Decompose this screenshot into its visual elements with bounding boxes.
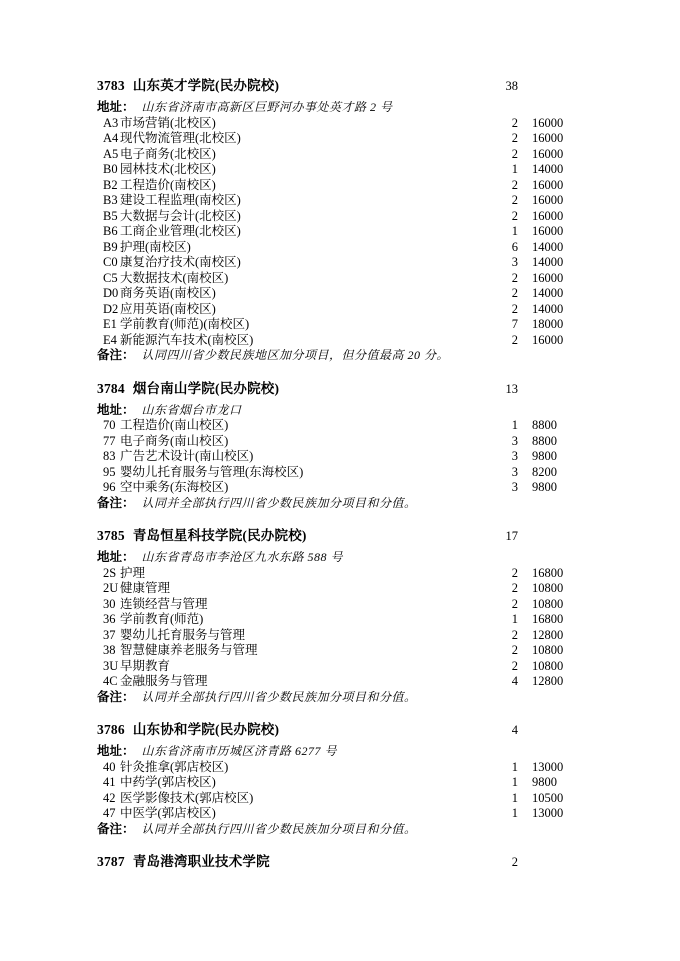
major-name: 市场营销(北校区): [120, 116, 216, 130]
major-title: 96空中乘务(东海校区): [97, 480, 500, 496]
major-quota: 3: [500, 434, 518, 450]
major-row: C5大数据技术(南校区) 2 16000: [97, 271, 578, 287]
major-quota: 2: [500, 147, 518, 163]
majors: 70工程造价(南山校区) 1 8800 77电子商务(南山校区) 3 8800 …: [97, 418, 578, 496]
major-code: A5: [103, 147, 120, 163]
major-row: 38智慧健康养老服务与管理 2 10800: [97, 643, 578, 659]
address-text: 山东省济南市历城区济青路 6277 号: [142, 744, 338, 760]
major-quota: 2: [500, 302, 518, 318]
major-quota: 2: [500, 333, 518, 349]
address-row: 地址： 山东省济南市历城区济青路 6277 号: [97, 744, 578, 760]
major-code: B9: [103, 240, 120, 256]
major-name: 新能源汽车技术(南校区): [120, 333, 253, 347]
major-fee: 9800: [532, 449, 557, 465]
major-code: E4: [103, 333, 120, 349]
major-code: 2S: [103, 566, 120, 582]
document-body: 3783山东英才学院(民办院校) 38 地址： 山东省济南市高新区巨野河办事处英…: [97, 77, 578, 886]
major-name: 康复治疗技术(南校区): [120, 255, 241, 269]
major-quota: 6: [500, 240, 518, 256]
major-fee: 10800: [532, 643, 563, 659]
major-name: 应用英语(南校区): [120, 302, 216, 316]
major-quota: 2: [500, 581, 518, 597]
major-title: 41中药学(郭店校区): [97, 775, 500, 791]
major-fee: 14000: [532, 286, 563, 302]
school-total-count: 2: [500, 854, 518, 871]
address-row: 地址： 山东省烟台市龙口: [97, 403, 578, 419]
major-fee: 16000: [532, 147, 563, 163]
major-quota: 2: [500, 271, 518, 287]
majors: 2S护理 2 16800 2U健康管理 2 10800 30连锁经营与管理 2 …: [97, 566, 578, 690]
major-fee: 16000: [532, 271, 563, 287]
school-section: 3786山东协和学院(民办院校) 4 地址： 山东省济南市历城区济青路 6277…: [97, 721, 578, 837]
major-fee: 16800: [532, 612, 563, 628]
address-text: 山东省济南市高新区巨野河办事处英才路 2 号: [142, 100, 393, 116]
major-quota: 2: [500, 597, 518, 613]
major-name: 智慧健康养老服务与管理: [120, 643, 258, 657]
address-row: 地址： 山东省青岛市李沧区九水东路 588 号: [97, 550, 578, 566]
school-header-row: 3783山东英才学院(民办院校) 38: [97, 77, 578, 94]
major-code: 42: [103, 791, 120, 807]
major-code: 38: [103, 643, 120, 659]
major-code: D0: [103, 286, 120, 302]
major-name: 广告艺术设计(南山校区): [120, 449, 253, 463]
major-row: 30连锁经营与管理 2 10800: [97, 597, 578, 613]
major-row: E4新能源汽车技术(南校区) 2 16000: [97, 333, 578, 349]
major-quota: 2: [500, 193, 518, 209]
major-code: 96: [103, 480, 120, 496]
major-quota: 1: [500, 760, 518, 776]
major-title: E4新能源汽车技术(南校区): [97, 333, 500, 349]
major-name: 大数据技术(南校区): [120, 271, 228, 285]
major-title: D2应用英语(南校区): [97, 302, 500, 318]
note-label: 备注：: [97, 822, 135, 838]
major-code: 37: [103, 628, 120, 644]
major-name: 连锁经营与管理: [120, 597, 208, 611]
major-row: 4C金融服务与管理 4 12800: [97, 674, 578, 690]
address-text: 山东省青岛市李沧区九水东路 588 号: [142, 550, 344, 566]
major-fee: 8800: [532, 418, 557, 434]
major-title: B5大数据与会计(北校区): [97, 209, 500, 225]
school-header-row: 3786山东协和学院(民办院校) 4: [97, 721, 578, 738]
school-total-count: 17: [500, 528, 518, 545]
major-fee: 10800: [532, 659, 563, 675]
major-fee: 12800: [532, 674, 563, 690]
school-name: 烟台南山学院(民办院校): [133, 381, 279, 396]
major-quota: 1: [500, 224, 518, 240]
school-header: 3783山东英才学院(民办院校): [97, 77, 500, 94]
major-title: 77电子商务(南山校区): [97, 434, 500, 450]
major-fee: 16000: [532, 178, 563, 194]
major-quota: 2: [500, 566, 518, 582]
major-code: E1: [103, 317, 120, 333]
note-row: 备注： 认同四川省少数民族地区加分项目，但分值最高 20 分。: [97, 348, 578, 364]
major-title: 47中医学(郭店校区): [97, 806, 500, 822]
major-name: 电子商务(南山校区): [120, 434, 228, 448]
address-label: 地址：: [97, 100, 135, 116]
major-fee: 16000: [532, 224, 563, 240]
major-code: B2: [103, 178, 120, 194]
major-name: 电子商务(北校区): [120, 147, 216, 161]
major-quota: 2: [500, 286, 518, 302]
major-title: E1学前教育(师范)(南校区): [97, 317, 500, 333]
major-fee: 16000: [532, 116, 563, 132]
major-fee: 10500: [532, 791, 563, 807]
school-section: 3787青岛港湾职业技术学院 2: [97, 853, 578, 870]
school-code: 3787: [97, 854, 125, 869]
note-row: 备注： 认同并全部执行四川省少数民族加分项目和分值。: [97, 822, 578, 838]
major-row: 41中药学(郭店校区) 1 9800: [97, 775, 578, 791]
major-row: B5大数据与会计(北校区) 2 16000: [97, 209, 578, 225]
school-total-count: 4: [500, 722, 518, 739]
major-row: B0园林技术(北校区) 1 14000: [97, 162, 578, 178]
school-code: 3785: [97, 528, 125, 543]
major-row: 40针灸推拿(郭店校区) 1 13000: [97, 760, 578, 776]
major-name: 工程造价(南校区): [120, 178, 216, 192]
majors: 40针灸推拿(郭店校区) 1 13000 41中药学(郭店校区) 1 9800 …: [97, 760, 578, 822]
major-code: B5: [103, 209, 120, 225]
major-code: D2: [103, 302, 120, 318]
major-title: B3建设工程监理(南校区): [97, 193, 500, 209]
major-code: 40: [103, 760, 120, 776]
major-quota: 1: [500, 612, 518, 628]
major-title: 95婴幼儿托育服务与管理(东海校区): [97, 465, 500, 481]
major-title: 70工程造价(南山校区): [97, 418, 500, 434]
major-title: 42医学影像技术(郭店校区): [97, 791, 500, 807]
major-quota: 2: [500, 116, 518, 132]
major-row: 37婴幼儿托育服务与管理 2 12800: [97, 628, 578, 644]
major-quota: 2: [500, 131, 518, 147]
major-quota: 3: [500, 465, 518, 481]
major-quota: 3: [500, 480, 518, 496]
major-name: 早期教育: [120, 659, 170, 673]
major-fee: 8200: [532, 465, 557, 481]
major-quota: 2: [500, 178, 518, 194]
major-title: C0康复治疗技术(南校区): [97, 255, 500, 271]
address-row: 地址： 山东省济南市高新区巨野河办事处英才路 2 号: [97, 100, 578, 116]
major-title: A3市场营销(北校区): [97, 116, 500, 132]
major-quota: 1: [500, 775, 518, 791]
major-fee: 16000: [532, 209, 563, 225]
major-row: D2应用英语(南校区) 2 14000: [97, 302, 578, 318]
major-row: 95婴幼儿托育服务与管理(东海校区) 3 8200: [97, 465, 578, 481]
major-row: 96空中乘务(东海校区) 3 9800: [97, 480, 578, 496]
major-name: 建设工程监理(南校区): [120, 193, 241, 207]
school-header-row: 3784烟台南山学院(民办院校) 13: [97, 380, 578, 397]
major-fee: 10800: [532, 581, 563, 597]
major-fee: 14000: [532, 240, 563, 256]
major-code: C5: [103, 271, 120, 287]
major-row: A3市场营销(北校区) 2 16000: [97, 116, 578, 132]
major-code: 77: [103, 434, 120, 450]
note-label: 备注：: [97, 348, 135, 364]
major-name: 园林技术(北校区): [120, 162, 216, 176]
major-fee: 12800: [532, 628, 563, 644]
major-row: 3U早期教育 2 10800: [97, 659, 578, 675]
major-title: 38智慧健康养老服务与管理: [97, 643, 500, 659]
major-row: 70工程造价(南山校区) 1 8800: [97, 418, 578, 434]
major-name: 中药学(郭店校区): [120, 775, 216, 789]
major-code: 95: [103, 465, 120, 481]
major-row: C0康复治疗技术(南校区) 3 14000: [97, 255, 578, 271]
major-row: 77电子商务(南山校区) 3 8800: [97, 434, 578, 450]
major-fee: 14000: [532, 162, 563, 178]
major-code: B0: [103, 162, 120, 178]
address-text: 山东省烟台市龙口: [142, 403, 242, 419]
major-title: B2工程造价(南校区): [97, 178, 500, 194]
major-code: B3: [103, 193, 120, 209]
major-fee: 16000: [532, 193, 563, 209]
major-name: 金融服务与管理: [120, 674, 208, 688]
major-title: A5电子商务(北校区): [97, 147, 500, 163]
address-label: 地址：: [97, 403, 135, 419]
school-code: 3784: [97, 381, 125, 396]
school-name: 青岛恒星科技学院(民办院校): [133, 528, 307, 543]
note-text: 认同并全部执行四川省少数民族加分项目和分值。: [142, 822, 417, 838]
major-name: 中医学(郭店校区): [120, 806, 216, 820]
school-header: 3787青岛港湾职业技术学院: [97, 853, 500, 870]
major-row: B3建设工程监理(南校区) 2 16000: [97, 193, 578, 209]
major-quota: 1: [500, 162, 518, 178]
major-title: 83广告艺术设计(南山校区): [97, 449, 500, 465]
note-text: 认同并全部执行四川省少数民族加分项目和分值。: [142, 496, 417, 512]
major-fee: 13000: [532, 760, 563, 776]
major-row: 36学前教育(师范) 1 16800: [97, 612, 578, 628]
major-title: B9护理(南校区): [97, 240, 500, 256]
major-name: 学前教育(师范): [120, 612, 203, 626]
major-row: A5电子商务(北校区) 2 16000: [97, 147, 578, 163]
majors: A3市场营销(北校区) 2 16000 A4现代物流管理(北校区) 2 1600…: [97, 116, 578, 349]
major-fee: 13000: [532, 806, 563, 822]
major-row: B2工程造价(南校区) 2 16000: [97, 178, 578, 194]
school-name: 青岛港湾职业技术学院: [133, 854, 270, 869]
school-section: 3784烟台南山学院(民办院校) 13 地址： 山东省烟台市龙口 70工程造价(…: [97, 380, 578, 512]
major-quota: 2: [500, 628, 518, 644]
major-fee: 16800: [532, 566, 563, 582]
major-name: 护理(南校区): [120, 240, 191, 254]
major-title: 2S护理: [97, 566, 500, 582]
major-code: 4C: [103, 674, 120, 690]
school-header: 3786山东协和学院(民办院校): [97, 721, 500, 738]
major-code: 3U: [103, 659, 120, 675]
major-name: 婴幼儿托育服务与管理(东海校区): [120, 465, 303, 479]
school-code: 3783: [97, 78, 125, 93]
major-name: 针灸推拿(郭店校区): [120, 760, 228, 774]
major-code: 2U: [103, 581, 120, 597]
major-quota: 1: [500, 806, 518, 822]
major-code: A3: [103, 116, 120, 132]
major-fee: 10800: [532, 597, 563, 613]
note-text: 认同四川省少数民族地区加分项目，但分值最高 20 分。: [142, 348, 450, 364]
major-row: B9护理(南校区) 6 14000: [97, 240, 578, 256]
major-title: 36学前教育(师范): [97, 612, 500, 628]
major-row: B6工商企业管理(北校区) 1 16000: [97, 224, 578, 240]
major-title: 40针灸推拿(郭店校区): [97, 760, 500, 776]
major-title: 4C金融服务与管理: [97, 674, 500, 690]
major-code: 30: [103, 597, 120, 613]
school-header-row: 3787青岛港湾职业技术学院 2: [97, 853, 578, 870]
major-name: 婴幼儿托育服务与管理: [120, 628, 245, 642]
school-name: 山东协和学院(民办院校): [133, 722, 279, 737]
major-fee: 9800: [532, 775, 557, 791]
major-name: 医学影像技术(郭店校区): [120, 791, 253, 805]
school-section: 3785青岛恒星科技学院(民办院校) 17 地址： 山东省青岛市李沧区九水东路 …: [97, 527, 578, 705]
school-header-row: 3785青岛恒星科技学院(民办院校) 17: [97, 527, 578, 544]
major-quota: 7: [500, 317, 518, 333]
major-quota: 3: [500, 449, 518, 465]
major-quota: 1: [500, 418, 518, 434]
major-name: 工程造价(南山校区): [120, 418, 228, 432]
major-name: 健康管理: [120, 581, 170, 595]
major-quota: 2: [500, 659, 518, 675]
school-header: 3785青岛恒星科技学院(民办院校): [97, 527, 500, 544]
major-fee: 8800: [532, 434, 557, 450]
school-code: 3786: [97, 722, 125, 737]
major-fee: 16000: [532, 333, 563, 349]
major-name: 大数据与会计(北校区): [120, 209, 241, 223]
major-fee: 18000: [532, 317, 563, 333]
major-code: A4: [103, 131, 120, 147]
major-code: 47: [103, 806, 120, 822]
major-title: D0商务英语(南校区): [97, 286, 500, 302]
major-name: 工商企业管理(北校区): [120, 224, 241, 238]
note-label: 备注：: [97, 690, 135, 706]
major-row: 83广告艺术设计(南山校区) 3 9800: [97, 449, 578, 465]
document-page: { "labels": { "address": "地址：", "note": …: [0, 0, 680, 961]
major-title: A4现代物流管理(北校区): [97, 131, 500, 147]
major-quota: 3: [500, 255, 518, 271]
note-text: 认同并全部执行四川省少数民族加分项目和分值。: [142, 690, 417, 706]
major-name: 空中乘务(东海校区): [120, 480, 228, 494]
major-quota: 1: [500, 791, 518, 807]
major-title: B6工商企业管理(北校区): [97, 224, 500, 240]
major-quota: 2: [500, 643, 518, 659]
school-total-count: 13: [500, 381, 518, 398]
major-fee: 14000: [532, 255, 563, 271]
major-fee: 9800: [532, 480, 557, 496]
major-title: 37婴幼儿托育服务与管理: [97, 628, 500, 644]
school-section: 3783山东英才学院(民办院校) 38 地址： 山东省济南市高新区巨野河办事处英…: [97, 77, 578, 364]
major-name: 学前教育(师范)(南校区): [120, 317, 249, 331]
major-quota: 4: [500, 674, 518, 690]
major-title: C5大数据技术(南校区): [97, 271, 500, 287]
major-row: A4现代物流管理(北校区) 2 16000: [97, 131, 578, 147]
major-name: 商务英语(南校区): [120, 286, 216, 300]
major-code: 36: [103, 612, 120, 628]
note-row: 备注： 认同并全部执行四川省少数民族加分项目和分值。: [97, 690, 578, 706]
major-title: 30连锁经营与管理: [97, 597, 500, 613]
major-code: 70: [103, 418, 120, 434]
note-row: 备注： 认同并全部执行四川省少数民族加分项目和分值。: [97, 496, 578, 512]
major-row: 42医学影像技术(郭店校区) 1 10500: [97, 791, 578, 807]
major-row: D0商务英语(南校区) 2 14000: [97, 286, 578, 302]
major-name: 护理: [120, 566, 145, 580]
major-title: 3U早期教育: [97, 659, 500, 675]
major-title: 2U健康管理: [97, 581, 500, 597]
major-title: B0园林技术(北校区): [97, 162, 500, 178]
school-total-count: 38: [500, 78, 518, 95]
major-code: B6: [103, 224, 120, 240]
major-code: C0: [103, 255, 120, 271]
major-name: 现代物流管理(北校区): [120, 131, 241, 145]
school-header: 3784烟台南山学院(民办院校): [97, 380, 500, 397]
major-row: E1学前教育(师范)(南校区) 7 18000: [97, 317, 578, 333]
major-fee: 14000: [532, 302, 563, 318]
school-name: 山东英才学院(民办院校): [133, 78, 279, 93]
major-row: 2S护理 2 16800: [97, 566, 578, 582]
address-label: 地址：: [97, 744, 135, 760]
major-code: 83: [103, 449, 120, 465]
major-row: 2U健康管理 2 10800: [97, 581, 578, 597]
major-quota: 2: [500, 209, 518, 225]
address-label: 地址：: [97, 550, 135, 566]
major-row: 47中医学(郭店校区) 1 13000: [97, 806, 578, 822]
note-label: 备注：: [97, 496, 135, 512]
major-code: 41: [103, 775, 120, 791]
major-fee: 16000: [532, 131, 563, 147]
